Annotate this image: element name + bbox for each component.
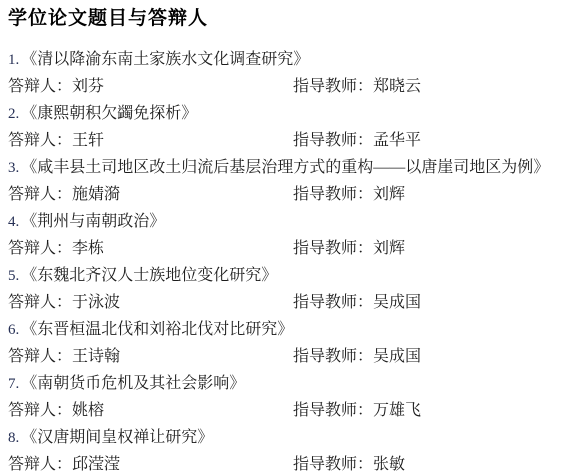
thesis-item: 3.《咸丰县土司地区改土归流后基层治理方式的重构——以唐崖司地区为例》 答辩人：…	[8, 154, 570, 208]
thesis-item: 2.《康熙朝积欠蠲免探析》 答辩人：王轩 指导教师：孟华平	[8, 100, 570, 154]
thesis-item: 6.《东晋桓温北伐和刘裕北伐对比研究》 答辩人：王诗翰 指导教师：吴成国	[8, 316, 570, 370]
people-line: 答辩人：施婧漪 指导教师：刘辉	[8, 181, 570, 208]
advisor-field: 指导教师：张敏	[293, 451, 405, 476]
thesis-title: 《东晋桓温北伐和刘裕北伐对比研究》	[21, 321, 293, 338]
thesis-title-line: 6.《东晋桓温北伐和刘裕北伐对比研究》	[8, 316, 570, 343]
document-page: 学位论文题目与答辩人 1.《清以降渝东南土家族水文化调查研究》 答辩人：刘芬 指…	[0, 0, 574, 476]
people-line: 答辩人：王轩 指导教师：孟华平	[8, 127, 570, 154]
advisor-label: 指导教师：	[293, 240, 373, 257]
thesis-item: 8.《汉唐期间皇权禅让研究》 答辩人：邱滢滢 指导教师：张敏	[8, 424, 570, 476]
defender-name: 施婧漪	[72, 186, 120, 203]
defender-name: 于泳波	[72, 294, 120, 311]
defender-label: 答辩人：	[8, 132, 72, 149]
thesis-title-line: 5.《东魏北齐汉人士族地位变化研究》	[8, 262, 570, 289]
defender-name: 姚榕	[72, 402, 104, 419]
defender-field: 答辩人：邱滢滢	[8, 456, 120, 473]
defender-name: 李栋	[72, 240, 104, 257]
people-line: 答辩人：李栋 指导教师：刘辉	[8, 235, 570, 262]
item-number: 3.	[8, 160, 19, 176]
item-number: 2.	[8, 106, 19, 122]
item-number: 8.	[8, 430, 19, 446]
advisor-name: 郑晓云	[373, 78, 421, 95]
advisor-name: 刘辉	[373, 240, 405, 257]
item-number: 6.	[8, 322, 19, 338]
advisor-field: 指导教师：吴成国	[293, 343, 421, 370]
thesis-title-line: 4.《荆州与南朝政治》	[8, 208, 570, 235]
thesis-title: 《荆州与南朝政治》	[21, 213, 165, 230]
item-number: 7.	[8, 376, 19, 392]
thesis-list: 1.《清以降渝东南土家族水文化调查研究》 答辩人：刘芬 指导教师：郑晓云 2.《…	[8, 46, 570, 476]
item-number: 5.	[8, 268, 19, 284]
advisor-field: 指导教师：吴成国	[293, 289, 421, 316]
defender-field: 答辩人：施婧漪	[8, 186, 120, 203]
advisor-name: 万雄飞	[373, 402, 421, 419]
defender-label: 答辩人：	[8, 402, 72, 419]
advisor-label: 指导教师：	[293, 132, 373, 149]
defender-label: 答辩人：	[8, 240, 72, 257]
defender-label: 答辩人：	[8, 186, 72, 203]
thesis-title: 《咸丰县土司地区改土归流后基层治理方式的重构——以唐崖司地区为例》	[21, 159, 549, 176]
thesis-title-line: 7.《南朝货币危机及其社会影响》	[8, 370, 570, 397]
thesis-title: 《东魏北齐汉人士族地位变化研究》	[21, 267, 277, 284]
advisor-field: 指导教师：刘辉	[293, 235, 405, 262]
defender-field: 答辩人：李栋	[8, 240, 104, 257]
defender-name: 刘芬	[72, 78, 104, 95]
advisor-label: 指导教师：	[293, 186, 373, 203]
thesis-title: 《汉唐期间皇权禅让研究》	[21, 429, 213, 446]
advisor-field: 指导教师：孟华平	[293, 127, 421, 154]
advisor-label: 指导教师：	[293, 78, 373, 95]
thesis-title-line: 1.《清以降渝东南土家族水文化调查研究》	[8, 46, 570, 73]
advisor-field: 指导教师：刘辉	[293, 181, 405, 208]
advisor-field: 指导教师：郑晓云	[293, 73, 421, 100]
defender-field: 答辩人：于泳波	[8, 294, 120, 311]
advisor-name: 吴成国	[373, 294, 421, 311]
advisor-label: 指导教师：	[293, 294, 373, 311]
defender-label: 答辩人：	[8, 294, 72, 311]
advisor-label: 指导教师：	[293, 402, 373, 419]
thesis-title: 《康熙朝积欠蠲免探析》	[21, 105, 197, 122]
defender-label: 答辩人：	[8, 78, 72, 95]
defender-name: 王诗翰	[72, 348, 120, 365]
page-title: 学位论文题目与答辩人	[8, 6, 570, 32]
item-number: 4.	[8, 214, 19, 230]
thesis-title: 《南朝货币危机及其社会影响》	[21, 375, 245, 392]
defender-field: 答辩人：王轩	[8, 132, 104, 149]
people-line: 答辩人：于泳波 指导教师：吴成国	[8, 289, 570, 316]
defender-field: 答辩人：刘芬	[8, 78, 104, 95]
advisor-name: 张敏	[373, 456, 405, 473]
thesis-item: 7.《南朝货币危机及其社会影响》 答辩人：姚榕 指导教师：万雄飞	[8, 370, 570, 424]
people-line: 答辩人：刘芬 指导教师：郑晓云	[8, 73, 570, 100]
defender-field: 答辩人：王诗翰	[8, 348, 120, 365]
thesis-item: 5.《东魏北齐汉人士族地位变化研究》 答辩人：于泳波 指导教师：吴成国	[8, 262, 570, 316]
people-line: 答辩人：王诗翰 指导教师：吴成国	[8, 343, 570, 370]
advisor-label: 指导教师：	[293, 456, 373, 473]
thesis-title-line: 2.《康熙朝积欠蠲免探析》	[8, 100, 570, 127]
thesis-title-line: 8.《汉唐期间皇权禅让研究》	[8, 424, 570, 451]
advisor-name: 孟华平	[373, 132, 421, 149]
thesis-title-line: 3.《咸丰县土司地区改土归流后基层治理方式的重构——以唐崖司地区为例》	[8, 154, 570, 181]
advisor-label: 指导教师：	[293, 348, 373, 365]
defender-label: 答辩人：	[8, 348, 72, 365]
advisor-name: 吴成国	[373, 348, 421, 365]
defender-name: 邱滢滢	[72, 456, 120, 473]
thesis-item: 1.《清以降渝东南土家族水文化调查研究》 答辩人：刘芬 指导教师：郑晓云	[8, 46, 570, 100]
defender-field: 答辩人：姚榕	[8, 402, 104, 419]
people-line: 答辩人：姚榕 指导教师：万雄飞	[8, 397, 570, 424]
thesis-title: 《清以降渝东南土家族水文化调查研究》	[21, 51, 309, 68]
item-number: 1.	[8, 52, 19, 68]
defender-label: 答辩人：	[8, 456, 72, 473]
advisor-name: 刘辉	[373, 186, 405, 203]
thesis-item: 4.《荆州与南朝政治》 答辩人：李栋 指导教师：刘辉	[8, 208, 570, 262]
defender-name: 王轩	[72, 132, 104, 149]
people-line: 答辩人：邱滢滢 指导教师：张敏	[8, 451, 570, 476]
advisor-field: 指导教师：万雄飞	[293, 397, 421, 424]
